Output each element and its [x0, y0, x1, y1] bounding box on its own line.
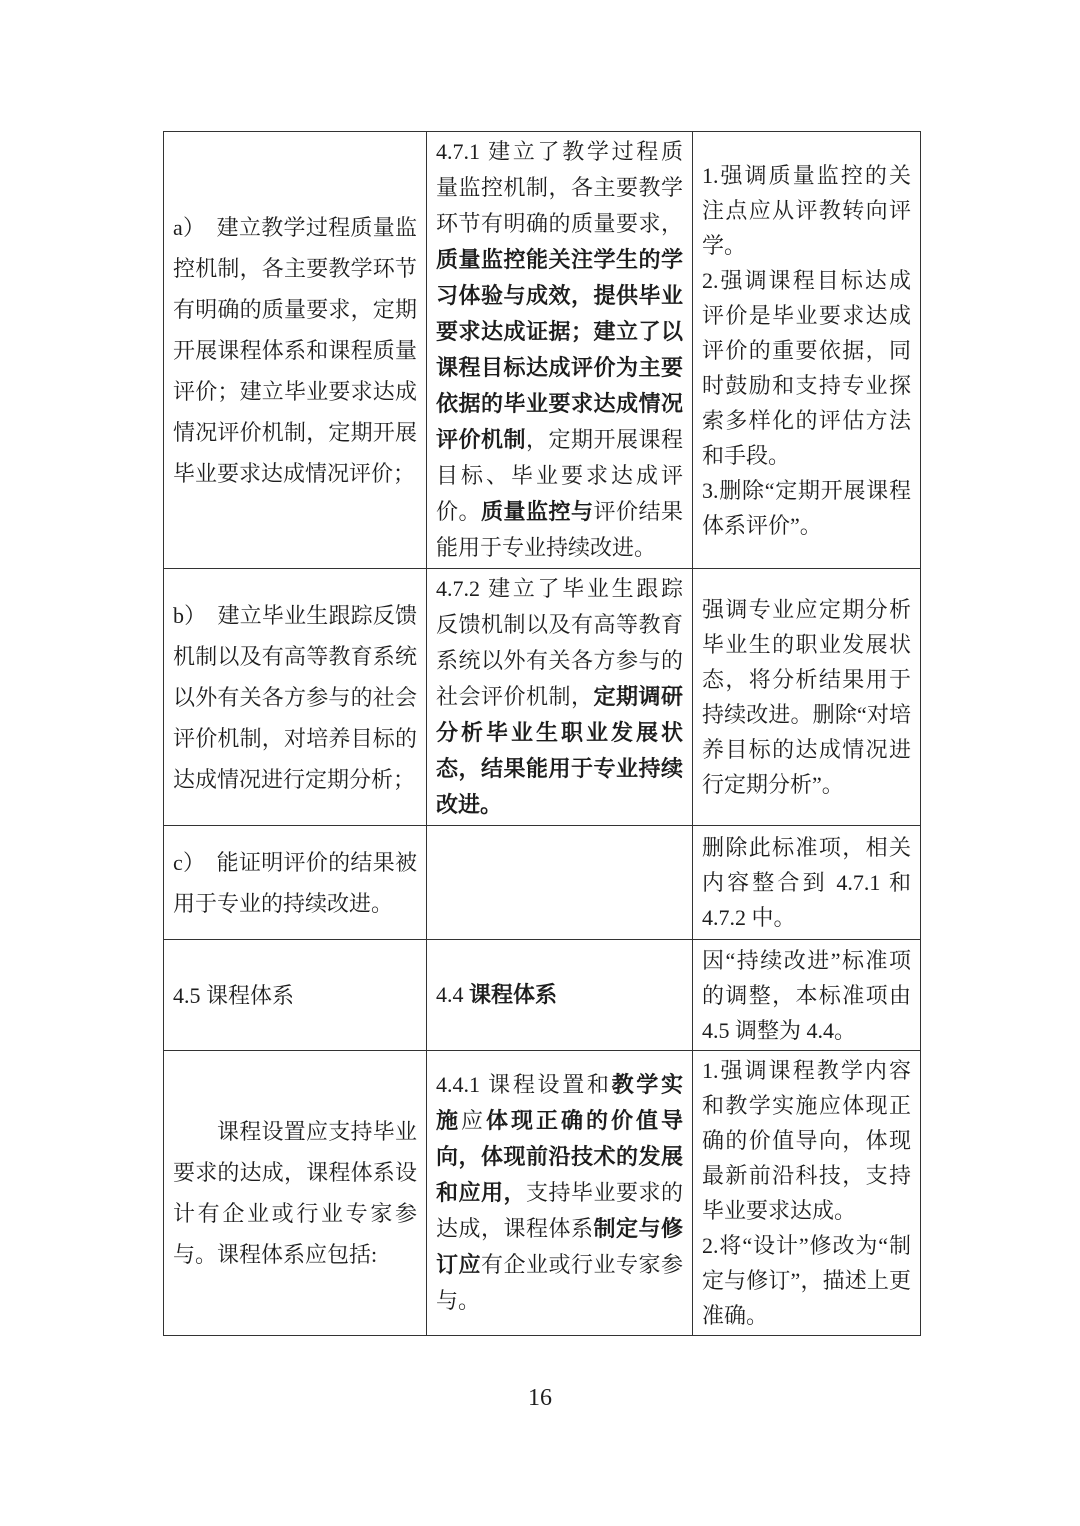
text-run: 2.强调课程目标达成评价是毕业要求达成评价的重要依据，同时鼓励和支持专业探索多样… — [702, 268, 911, 468]
comparison-table-container: a） 建立教学过程质量监控机制，各主要教学环节有明确的质量要求，定期开展课程体系… — [163, 131, 921, 1336]
cell-paragraph: 4.4.1 课程设置和教学实施应体现正确的价值导向，体现前沿技术的发展和应用，支… — [436, 1067, 683, 1319]
table-row-1: b） 建立毕业生跟踪反馈机制以及有高等教育系统以外有关各方参与的社会评价机制，对… — [164, 569, 921, 826]
table-cell-r2-c0: c） 能证明评价的结果被用于专业的持续改进。 — [164, 826, 427, 940]
cell-paragraph: 因“持续改进”标准项的调整，本标准项由 4.5 调整为 4.4。 — [702, 943, 911, 1048]
table-row-2: c） 能证明评价的结果被用于专业的持续改进。删除此标准项，相关内容整合到 4.7… — [164, 826, 921, 940]
table-cell-r4-c1: 4.4.1 课程设置和教学实施应体现正确的价值导向，体现前沿技术的发展和应用，支… — [427, 1051, 693, 1336]
table-cell-r2-c1 — [427, 826, 693, 940]
cell-paragraph: 2.将“设计”修改为“制定与修订”，描述上更准确。 — [702, 1228, 911, 1333]
table-row-3: 4.5 课程体系4.4 课程体系因“持续改进”标准项的调整，本标准项由 4.5 … — [164, 940, 921, 1051]
text-run: 4.5 课程体系 — [173, 983, 294, 1008]
cell-paragraph: b） 建立毕业生跟踪反馈机制以及有高等教育系统以外有关各方参与的社会评价机制，对… — [173, 595, 417, 800]
table-cell-r1-c0: b） 建立毕业生跟踪反馈机制以及有高等教育系统以外有关各方参与的社会评价机制，对… — [164, 569, 427, 826]
text-run: 3.删除“定期开展课程体系评价”。 — [702, 478, 911, 538]
bold-text-run: 质量监控能关注学生的学习体验与成效，提供毕业要求达成证据；建立了以课程目标达成评… — [436, 247, 683, 452]
page-number: 16 — [0, 1385, 1080, 1412]
text-run: c） 能证明评价的结果被用于专业的持续改进。 — [173, 850, 417, 916]
cell-paragraph: 1.强调质量监控的关注点应从评教转向评学。 — [702, 158, 911, 263]
table-cell-r2-c2: 删除此标准项，相关内容整合到 4.7.1 和 4.7.2 中。 — [693, 826, 921, 940]
text-run: 4.4.1 课程设置和 — [436, 1072, 612, 1097]
text-run: 2.将“设计”修改为“制定与修订”，描述上更准确。 — [702, 1233, 911, 1328]
cell-paragraph: 强调专业应定期分析毕业生的职业发展状态，将分析结果用于持续改进。删除“对培养目标… — [702, 592, 911, 802]
cell-paragraph: 3.删除“定期开展课程体系评价”。 — [702, 473, 911, 543]
cell-paragraph: 4.7.1 建立了教学过程质量监控机制，各主要教学环节有明确的质量要求，质量监控… — [436, 134, 683, 566]
cell-paragraph: 课程设置应支持毕业要求的达成，课程体系设计有企业或行业专家参与。课程体系应包括: — [173, 1111, 417, 1275]
text-run: b） 建立毕业生跟踪反馈机制以及有高等教育系统以外有关各方参与的社会评价机制，对… — [173, 603, 417, 792]
table-row-0: a） 建立教学过程质量监控机制，各主要教学环节有明确的质量要求，定期开展课程体系… — [164, 132, 921, 569]
text-run: 课程设置应支持毕业要求的达成，课程体系设计有企业或行业专家参与。课程体系应包括: — [173, 1119, 417, 1267]
table-cell-r1-c1: 4.7.2 建立了毕业生跟踪反馈机制以及有高等教育系统以外有关各方参与的社会评价… — [427, 569, 693, 826]
table-cell-r4-c2: 1.强调课程教学内容和教学实施应体现正确的价值导向，体现最新前沿科技，支持毕业要… — [693, 1051, 921, 1336]
cell-paragraph: 2.强调课程目标达成评价是毕业要求达成评价的重要依据，同时鼓励和支持专业探索多样… — [702, 263, 911, 473]
text-run: 4.4 — [436, 982, 469, 1007]
table-row-4: 课程设置应支持毕业要求的达成，课程体系设计有企业或行业专家参与。课程体系应包括:… — [164, 1051, 921, 1336]
document-page: { "page": { "number": "16" }, "colors": … — [0, 0, 1080, 1526]
text-run: 应 — [461, 1108, 486, 1133]
cell-paragraph: c） 能证明评价的结果被用于专业的持续改进。 — [173, 842, 417, 924]
cell-paragraph: 1.强调课程教学内容和教学实施应体现正确的价值导向，体现最新前沿科技，支持毕业要… — [702, 1053, 911, 1228]
text-run: 强调专业应定期分析毕业生的职业发展状态，将分析结果用于持续改进。删除“对培养目标… — [702, 597, 911, 797]
table-cell-r3-c0: 4.5 课程体系 — [164, 940, 427, 1051]
cell-paragraph: a） 建立教学过程质量监控机制，各主要教学环节有明确的质量要求，定期开展课程体系… — [173, 207, 417, 494]
cell-paragraph: 4.7.2 建立了毕业生跟踪反馈机制以及有高等教育系统以外有关各方参与的社会评价… — [436, 571, 683, 823]
bold-text-run: 课程体系 — [469, 982, 557, 1007]
table-cell-r1-c2: 强调专业应定期分析毕业生的职业发展状态，将分析结果用于持续改进。删除“对培养目标… — [693, 569, 921, 826]
text-run: a） 建立教学过程质量监控机制，各主要教学环节有明确的质量要求，定期开展课程体系… — [173, 215, 417, 486]
text-run: 因“持续改进”标准项的调整，本标准项由 4.5 调整为 4.4。 — [702, 948, 911, 1043]
table-cell-r0-c0: a） 建立教学过程质量监控机制，各主要教学环节有明确的质量要求，定期开展课程体系… — [164, 132, 427, 569]
cell-paragraph: 4.4 课程体系 — [436, 977, 683, 1013]
standards-revision-comparison-table: a） 建立教学过程质量监控机制，各主要教学环节有明确的质量要求，定期开展课程体系… — [163, 131, 921, 1336]
table-cell-r0-c1: 4.7.1 建立了教学过程质量监控机制，各主要教学环节有明确的质量要求，质量监控… — [427, 132, 693, 569]
text-run: 删除此标准项，相关内容整合到 4.7.1 和 4.7.2 中。 — [702, 835, 911, 930]
cell-paragraph: 4.5 课程体系 — [173, 975, 417, 1016]
text-run: 1.强调质量监控的关注点应从评教转向评学。 — [702, 163, 911, 258]
table-cell-r4-c0: 课程设置应支持毕业要求的达成，课程体系设计有企业或行业专家参与。课程体系应包括: — [164, 1051, 427, 1336]
table-cell-r3-c1: 4.4 课程体系 — [427, 940, 693, 1051]
text-run: 1.强调课程教学内容和教学实施应体现正确的价值导向，体现最新前沿科技，支持毕业要… — [702, 1058, 911, 1223]
table-cell-r0-c2: 1.强调质量监控的关注点应从评教转向评学。2.强调课程目标达成评价是毕业要求达成… — [693, 132, 921, 569]
cell-paragraph: 删除此标准项，相关内容整合到 4.7.1 和 4.7.2 中。 — [702, 830, 911, 935]
bold-text-run: 质量监控与 — [481, 499, 593, 524]
text-run: 4.7.1 建立了教学过程质量监控机制，各主要教学环节有明确的质量要求， — [436, 139, 683, 236]
table-cell-r3-c2: 因“持续改进”标准项的调整，本标准项由 4.5 调整为 4.4。 — [693, 940, 921, 1051]
